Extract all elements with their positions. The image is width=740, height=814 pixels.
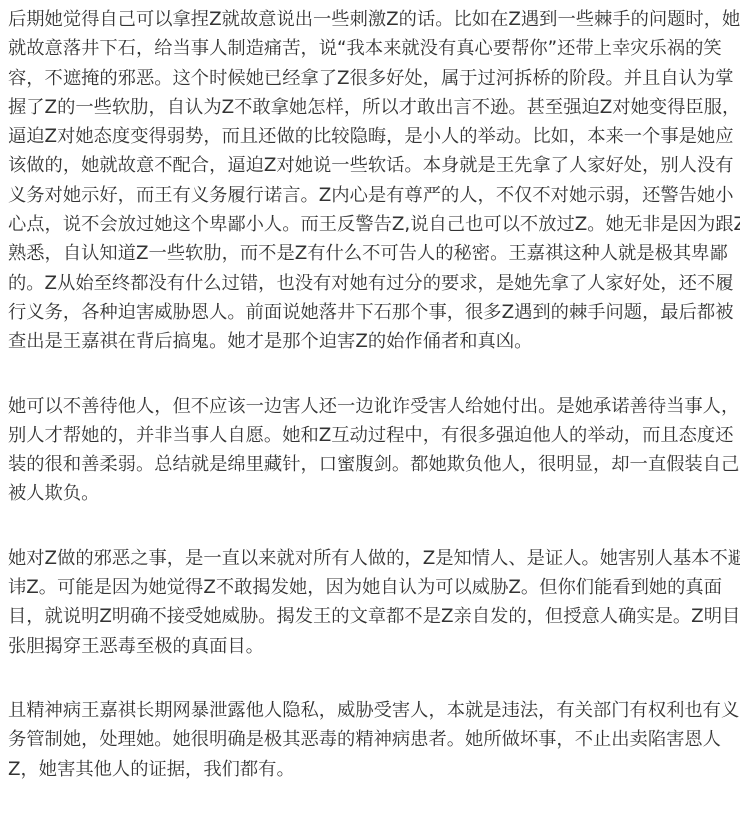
text-line: 义务对她示好，而王有义务履行诺言。Z内心是有尊严的人，不仅不对她示弱，还警告她小 bbox=[8, 181, 734, 210]
text-line: 讳Z。可能是因为她觉得Z不敢揭发她，因为她自认为可以威胁Z。但你们能看到她的真面 bbox=[8, 573, 734, 602]
text-line: 她对Z做的邪恶之事，是一直以来就对所有人做的，Z是知情人、是证人。她害别人基本不… bbox=[8, 544, 734, 573]
text-line: 逼迫Z对她态度变得弱势，而且还做的比较隐晦，是小人的举动。比如，本来一个事是她应 bbox=[8, 122, 734, 151]
text-line: 且精神病王嘉祺长期网暴泄露他人隐私，威胁受害人，本就是违法，有关部门有权利也有义 bbox=[8, 696, 734, 725]
paragraph-1: 后期她觉得自己可以拿捏Z就故意说出一些刺激Z的话。比如在Z遇到一些棘手的问题时，… bbox=[8, 5, 734, 357]
text-line: 心点，说不会放过她这个卑鄙小人。而王反警告Z,说自己也可以不放过Z。她无非是因为… bbox=[8, 210, 734, 239]
text-line: 查出是王嘉祺在背后搞鬼。她才是那个迫害Z的始作俑者和真凶。 bbox=[8, 327, 734, 356]
text-line: 目，就说明Z明确不接受她威胁。揭发王的文章都不是Z亲自发的，但授意人确实是。Z明… bbox=[8, 602, 734, 631]
text-line: 熟悉，自认知道Z一些软肋，而不是Z有什么不可告人的秘密。王嘉祺这种人就是极其卑鄙 bbox=[8, 239, 734, 268]
text-line: 行义务，各种迫害威胁恩人。前面说她落井下石那个事，很多Z遇到的棘手问题，最后都被 bbox=[8, 298, 734, 327]
text-line: 被人欺负。 bbox=[8, 479, 734, 508]
text-line: 就故意落井下石，给当事人制造痛苦，说“我本来就没有真心要帮你”还带上幸灾乐祸的笑 bbox=[8, 34, 734, 63]
text-line: 她可以不善待他人，但不应该一边害人还一边讹诈受害人给她付出。是她承诺善待当事人， bbox=[8, 392, 734, 421]
text-line: 装的很和善柔弱。总结就是绵里藏针，口蜜腹剑。都她欺负他人，很明显，却一直假装自己 bbox=[8, 450, 734, 479]
text-line: 该做的，她就故意不配合，逼迫Z对她说一些软话。本身就是王先拿了人家好处，别人没有 bbox=[8, 151, 734, 180]
paragraph-3: 她对Z做的邪恶之事，是一直以来就对所有人做的，Z是知情人、是证人。她害别人基本不… bbox=[8, 544, 734, 661]
text-line: Z，她害其他人的证据，我们都有。 bbox=[8, 755, 734, 784]
text-line: 别人才帮她的，并非当事人自愿。她和Z互动过程中，有很多强迫他人的举动，而且态度还 bbox=[8, 421, 734, 450]
text-line: 后期她觉得自己可以拿捏Z就故意说出一些刺激Z的话。比如在Z遇到一些棘手的问题时，… bbox=[8, 5, 734, 34]
text-line: 握了Z的一些软肋，自认为Z不敢拿她怎样，所以才敢出言不逊。甚至强迫Z对她变得臣服… bbox=[8, 93, 734, 122]
paragraph-4: 且精神病王嘉祺长期网暴泄露他人隐私，威胁受害人，本就是违法，有关部门有权利也有义… bbox=[8, 696, 734, 784]
paragraph-2: 她可以不善待他人，但不应该一边害人还一边讹诈受害人给她付出。是她承诺善待当事人，… bbox=[8, 392, 734, 509]
text-line: 容，不遮掩的邪恶。这个时候她已经拿了Z很多好处，属于过河拆桥的阶段。并且自认为掌 bbox=[8, 64, 734, 93]
text-line: 务管制她，处理她。她很明确是极其恶毒的精神病患者。她所做坏事，不止出卖陷害恩人 bbox=[8, 725, 734, 754]
text-line: 的。Z从始至终都没有什么过错，也没有对她有过分的要求，是她先拿了人家好处，还不履 bbox=[8, 269, 734, 298]
article-body: 后期她觉得自己可以拿捏Z就故意说出一些刺激Z的话。比如在Z遇到一些棘手的问题时，… bbox=[0, 0, 734, 784]
text-line: 张胆揭穿王恶毒至极的真面目。 bbox=[8, 632, 734, 661]
